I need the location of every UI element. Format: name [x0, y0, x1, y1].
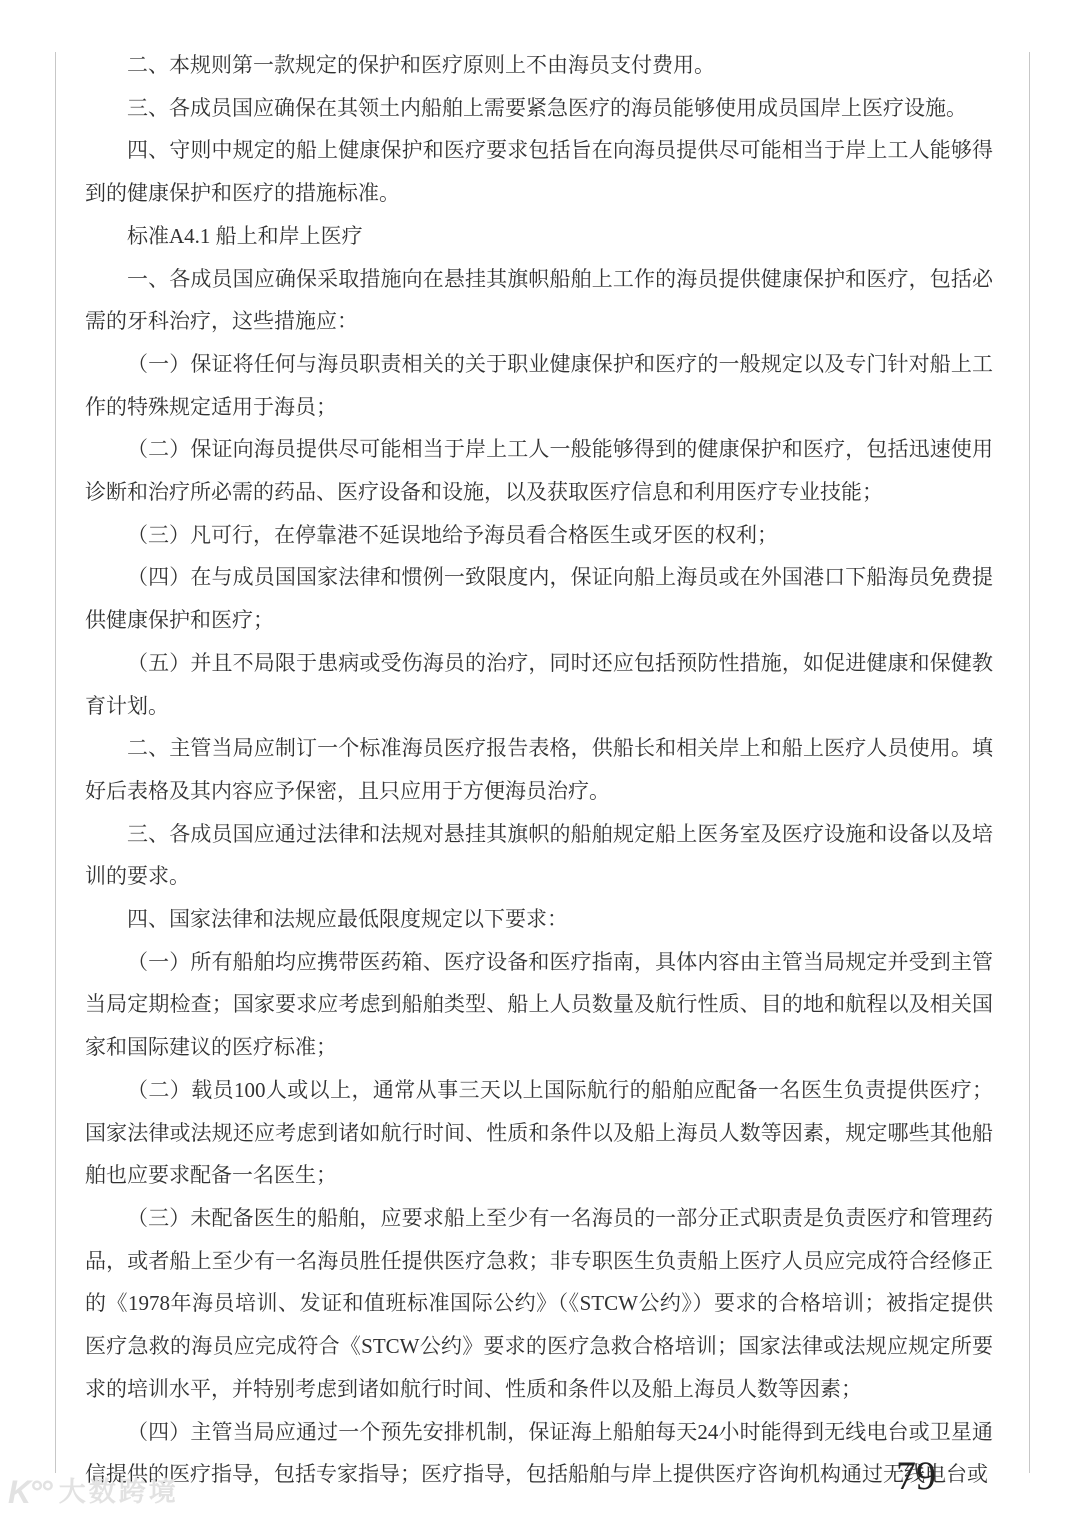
paragraph: 一、各成员国应确保采取措施向在悬挂其旗帜船舶上工作的海员提供健康保护和医疗，包括…: [85, 258, 993, 343]
watermark-text: 大数跨境: [59, 1479, 179, 1506]
paragraph: （四）主管当局应通过一个预先安排机制，保证海上船舶每天24小时能得到无线电台或卫…: [85, 1411, 993, 1496]
brand-logo-icon: K°°: [8, 1476, 51, 1508]
paragraph: 二、本规则第一款规定的保护和医疗原则上不由海员支付费用。: [85, 44, 993, 87]
paragraph: 二、主管当局应制订一个标准海员医疗报告表格，供船长和相关岸上和船上医疗人员使用。…: [85, 727, 993, 812]
paragraph: 三、各成员国应通过法律和法规对悬挂其旗帜的船舶规定船上医务室及医疗设施和设备以及…: [85, 813, 993, 898]
paragraph: （三）未配备医生的船舶，应要求船上至少有一名海员的一部分正式职责是负责医疗和管理…: [85, 1197, 993, 1411]
document-body: 二、本规则第一款规定的保护和医疗原则上不由海员支付费用。三、各成员国应确保在其领…: [85, 44, 993, 1496]
paragraph: 四、守则中规定的船上健康保护和医疗要求包括旨在向海员提供尽可能相当于岸上工人能够…: [85, 129, 993, 214]
paragraph: （二）保证向海员提供尽可能相当于岸上工人一般能够得到的健康保护和医疗，包括迅速使…: [85, 428, 993, 513]
document-page: 二、本规则第一款规定的保护和医疗原则上不由海员支付费用。三、各成员国应确保在其领…: [0, 0, 1080, 1528]
watermark: K°° 大数跨境: [8, 1476, 179, 1508]
paragraph: 三、各成员国应确保在其领土内船舶上需要紧急医疗的海员能够使用成员国岸上医疗设施。: [85, 87, 993, 130]
paragraph: 四、国家法律和法规应最低限度规定以下要求：: [85, 898, 993, 941]
paragraph: （五）并且不局限于患病或受伤海员的治疗，同时还应包括预防性措施，如促进健康和保健…: [85, 642, 993, 727]
paragraph: （一）所有船舶均应携带医药箱、医疗设备和医疗指南，具体内容由主管当局规定并受到主…: [85, 941, 993, 1069]
paragraph: （一）保证将任何与海员职责相关的关于职业健康保护和医疗的一般规定以及专门针对船上…: [85, 343, 993, 428]
page-left-border-line: [55, 52, 56, 1473]
page-number: 79: [896, 1452, 936, 1499]
page-right-border-line: [1029, 52, 1030, 1473]
paragraph: （二）载员100人或以上，通常从事三天以上国际航行的船舶应配备一名医生负责提供医…: [85, 1069, 993, 1197]
paragraph: （三）凡可行，在停靠港不延误地给予海员看合格医生或牙医的权利；: [85, 514, 993, 557]
paragraph: （四）在与成员国国家法律和惯例一致限度内，保证向船上海员或在外国港口下船海员免费…: [85, 556, 993, 641]
paragraph: 标准A4.1 船上和岸上医疗: [85, 215, 993, 258]
